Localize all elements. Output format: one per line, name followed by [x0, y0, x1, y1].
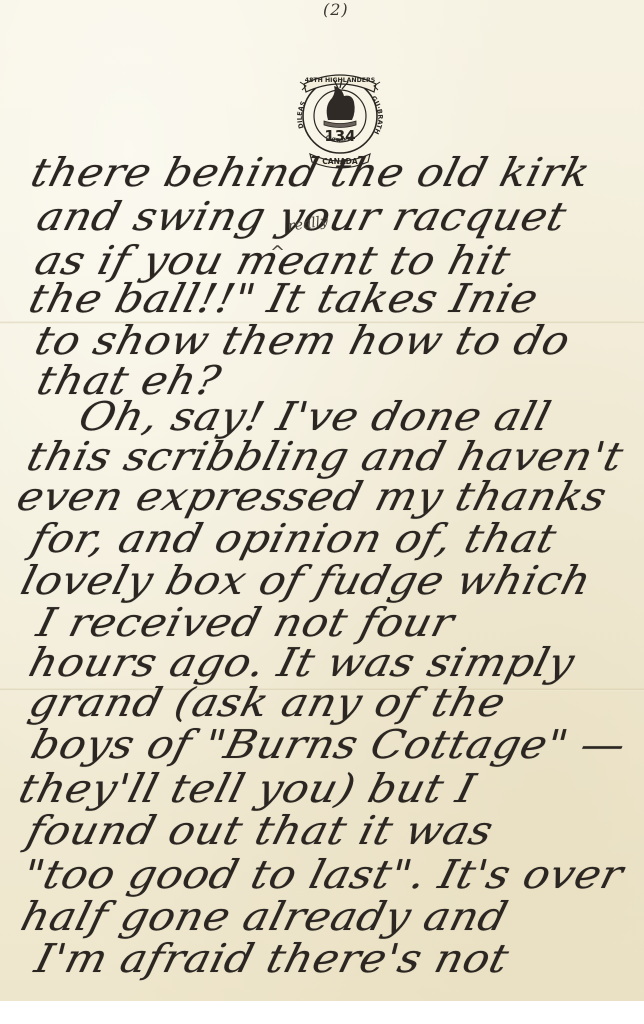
letter-line: grand (ask any of the	[24, 680, 510, 726]
insertion-caret-icon: ^	[270, 242, 285, 263]
letter-line: I'm afraid there's not	[30, 936, 513, 982]
letter-line: they'll tell you) but I	[14, 766, 480, 812]
letter-line: half gone already and	[16, 894, 512, 940]
letter-body: there behind the old kirk and swing your…	[0, 0, 644, 1001]
letter-line: lovely box of fudge which	[16, 558, 596, 604]
letter-line: the ball!!" It takes Inie	[24, 276, 543, 322]
letter-line: boys of "Burns Cottage" —	[26, 722, 630, 768]
letter-line: even expressed my thanks	[12, 474, 611, 520]
letter-line: found out that it was	[22, 808, 498, 854]
letter-line: for, and opinion of, that	[26, 516, 561, 562]
letter-line: "too good to last". It's over	[18, 852, 628, 898]
letter-line: there behind the old kirk	[26, 150, 595, 196]
